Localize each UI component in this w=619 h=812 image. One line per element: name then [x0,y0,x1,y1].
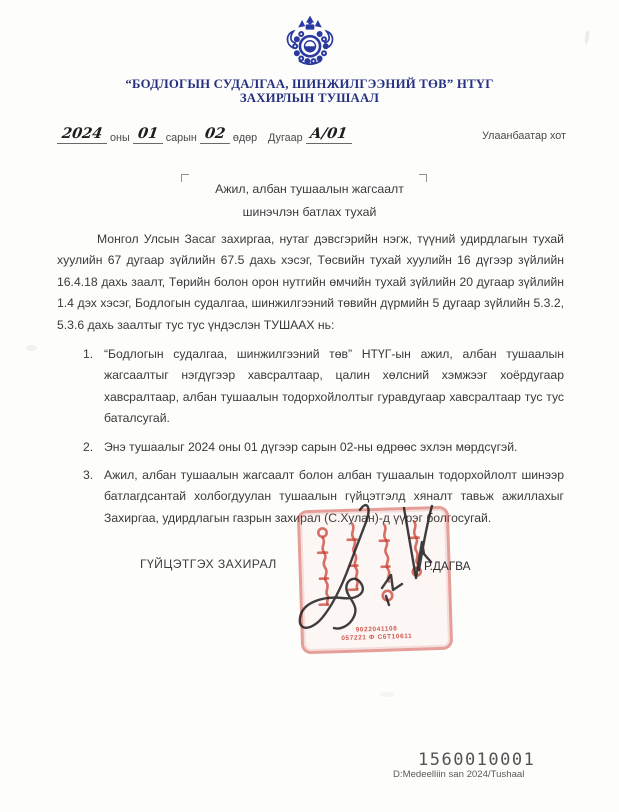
doc-type: ЗАХИРЛЫН ТУШААЛ [0,91,619,105]
document-header: “БОДЛОГЫН СУДАЛГАА, ШИНЖИЛГЭЭНИЙ ТӨВ” НТ… [0,77,619,105]
item-marker: 1. [83,344,104,430]
year-value: 2024 [61,126,103,141]
list-item: 1. “Бодлогын судалгаа, шинжилгээний төв”… [57,344,564,430]
year-blank: 2024 [57,126,107,144]
item-text: Энэ тушаалыг 2024 оны 01 дүгээр сарын 02… [104,437,564,458]
decree-subject: Ажил, албан тушаалын жагсаалт шинэчлэн б… [0,178,619,224]
month-blank: 01 [133,126,163,144]
item-marker: 3. [83,465,104,529]
file-reference: D:Medeelliin san 2024/Tushaal [393,769,524,780]
number-value: А/01 [309,126,348,141]
day-value: 02 [204,126,226,141]
day-label: өдөр [233,132,257,144]
official-stamp: 9022041108 057221 Ф C6T10611 [297,506,453,655]
number-blank: А/01 [306,126,352,144]
day-blank: 02 [200,126,230,144]
signer-name: Р.ДАГВА [424,559,471,573]
date-number-row: 2024 оны 01 сарын 02 өдөр Дугаар А/01 Ул… [57,120,566,146]
month-label: сарын [166,132,197,144]
state-emblem-icon [282,12,338,70]
item-marker: 2. [83,437,104,458]
number-label: Дугаар [268,132,303,144]
year-label: оны [110,132,130,144]
item-text: “Бодлогын судалгаа, шинжилгээний төв” НТ… [104,344,564,430]
month-value: 01 [137,126,159,141]
date-group: 2024 оны 01 сарын 02 өдөр [57,126,257,144]
decree-body: Монгол Улсын Засаг захиргаа, нутаг дэвсг… [57,229,564,536]
signer-title: ГҮЙЦЭТГЭХ ЗАХИРАЛ [140,557,277,571]
preamble-paragraph: Монгол Улсын Засаг захиргаа, нутаг дэвсг… [57,229,564,336]
subject-line1: Ажил, албан тушаалын жагсаалт [0,178,619,201]
scan-artifact [26,345,37,351]
scan-artifact [584,30,590,44]
list-item: 2. Энэ тушаалыг 2024 оны 01 дүгээр сарын… [57,437,564,458]
city-label: Улаанбаатар хот [482,130,566,142]
scan-artifact [380,692,394,697]
document-print-number: 1560010001 [418,750,535,770]
subject-line2: шинэчлэн батлах тухай [0,201,619,224]
number-group: Дугаар А/01 [268,126,352,144]
scanned-decree-page: “БОДЛОГЫН СУДАЛГАА, ШИНЖИЛГЭЭНИЙ ТӨВ” НТ… [0,0,619,812]
org-name: “БОДЛОГЫН СУДАЛГАА, ШИНЖИЛГЭЭНИЙ ТӨВ” НТ… [0,77,619,91]
